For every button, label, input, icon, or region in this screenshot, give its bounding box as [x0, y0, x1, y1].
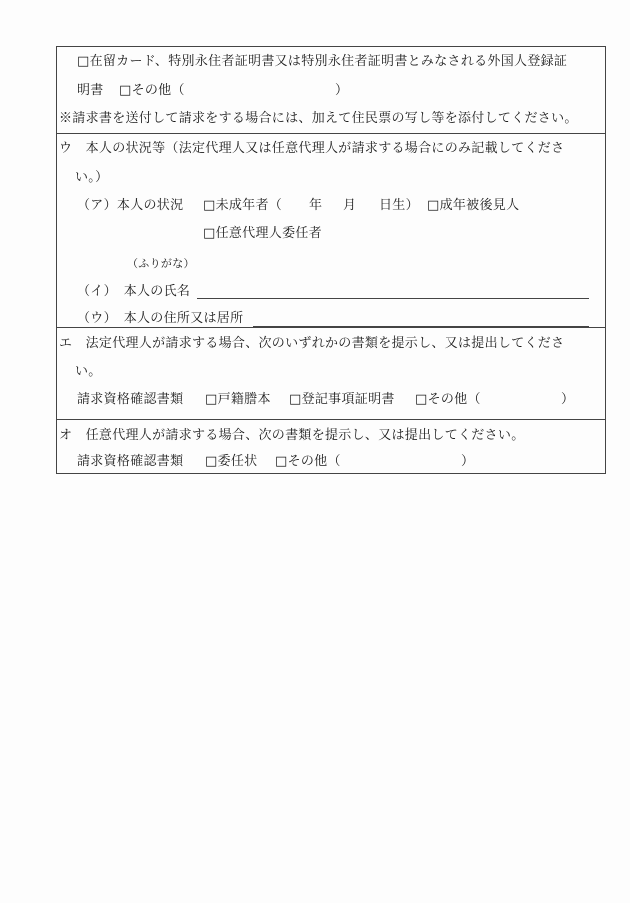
birth-month-label: 月 — [343, 198, 356, 214]
minor-checkbox[interactable]: □未成年者（ — [203, 198, 282, 214]
section-u-heading-cont: い。） — [75, 170, 108, 186]
o-other-close-paren: ） — [461, 454, 474, 470]
principal-name-label: （イ） 本人の氏名 — [77, 284, 190, 300]
principal-status-section: ウ 本人の状況等（法定代理人又は任意代理人が請求する場合にのみ記載してくださ い… — [57, 133, 605, 328]
section-e-heading-cont: い。 — [75, 364, 102, 380]
principal-address-label: （ウ） 本人の住所又は居所 — [77, 311, 243, 327]
legal-representative-section: エ 法定代理人が請求する場合、次のいずれかの書類を提示し、又は提出してくださ い… — [57, 327, 605, 420]
residence-card-section: □在留カード、特別永住者証明書又は特別永住者証明書とみなされる外国人登録証 明書… — [57, 47, 605, 133]
residence-card-label-cont: 明書 — [77, 83, 104, 99]
e-other-close-paren: ） — [561, 392, 574, 408]
registry-certificate-checkbox[interactable]: □登記事項証明書 — [289, 392, 395, 408]
e-docs-label: 請求資格確認書類 — [77, 392, 183, 408]
adult-ward-checkbox[interactable]: □成年被後見人 — [427, 198, 519, 214]
family-register-checkbox[interactable]: □戸籍謄本 — [205, 392, 271, 408]
other-checkbox[interactable]: □その他（ — [119, 83, 185, 99]
mail-request-note: ※請求書を送付して請求をする場合には、加えて住民票の写し等を添付してください。 — [59, 111, 578, 127]
section-u-heading: ウ 本人の状況等（法定代理人又は任意代理人が請求する場合にのみ記載してくださ — [59, 141, 564, 157]
furigana-label: （ふりがな） — [127, 256, 195, 272]
section-o-heading: オ 任意代理人が請求する場合、次の書類を提示し、又は提出してください。 — [59, 428, 525, 444]
power-of-attorney-checkbox[interactable]: □委任状 — [205, 454, 257, 470]
residence-card-checkbox-label[interactable]: □在留カード、特別永住者証明書又は特別永住者証明書とみなされる外国人登録証 — [77, 54, 567, 70]
e-other-checkbox[interactable]: □その他（ — [415, 392, 481, 408]
principal-name-field[interactable] — [197, 298, 589, 299]
request-form-table: □在留カード、特別永住者証明書又は特別永住者証明書とみなされる外国人登録証 明書… — [56, 46, 606, 474]
voluntary-agent-section: オ 任意代理人が請求する場合、次の書類を提示し、又は提出してください。 請求資格… — [57, 419, 605, 476]
proxy-principal-checkbox[interactable]: □任意代理人委任者 — [203, 226, 322, 242]
birth-day-label: 日生） — [379, 198, 419, 214]
status-label: （ア）本人の状況 — [77, 198, 183, 214]
birth-year-label: 年 — [309, 198, 322, 214]
other-close-paren: ） — [335, 83, 348, 99]
o-other-checkbox[interactable]: □その他（ — [275, 454, 341, 470]
section-e-heading: エ 法定代理人が請求する場合、次のいずれかの書類を提示し、又は提出してくださ — [59, 336, 564, 352]
o-docs-label: 請求資格確認書類 — [77, 454, 183, 470]
